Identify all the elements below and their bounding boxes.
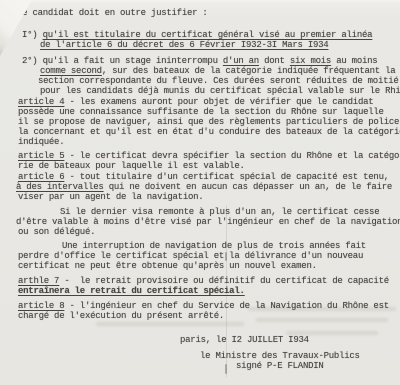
text-segment: le Ministre des Travaux-Publics [200,351,360,361]
text-line: signé P-E FLANDIN [0,361,400,371]
text-line: certificat ne peut être obtenue qu'après… [0,261,400,271]
underlined-text: article 8 [18,301,64,311]
text-line: viser par un agent de la navigation. [0,192,400,202]
text-segment: Si le dernier visa remonte à plus d'un a… [60,207,379,217]
text-segment: Le candidat doit en outre justifier : [17,8,208,18]
text-segment: section correspondante du fleuve. Ces du… [38,76,399,86]
text-line: entraînera le retrait du certificat spéc… [0,286,400,296]
underlined-text: à des intervalles [16,182,104,192]
intro-line: Le candidat doit en outre justifier : [0,8,400,18]
text-line: Une interruption de navigation de plus d… [0,241,400,251]
article-4: article 4 - les examens auront pour obje… [0,97,400,147]
text-segment: ou son délégué. [18,227,95,237]
underlined-text: article 6 [18,172,64,182]
document-body: Le candidat doit en outre justifier :I°)… [0,8,400,371]
text-line: pour les candidats déjà munis du certifi… [0,86,400,96]
article-8: article 8 - l'ingénieur en chef du Servi… [0,301,400,321]
text-line: il se propose de naviguer, ainsi que des… [0,117,400,127]
text-line: paris, le I2 JUILLET I934 [0,335,400,345]
text-line: Si le dernier visa remonte à plus d'un a… [0,207,400,217]
text-segment: 2°) qu'il a fait un stage ininterrompu [22,56,223,66]
text-line: 2°) qu'il a fait un stage ininterrompu d… [0,56,400,66]
underlined-text: six mois [290,56,331,66]
text-segment: - l'ingénieur en chef du Service de la N… [64,301,389,311]
text-segment: - les examens auront pour objet de vérif… [64,97,373,107]
article-7: arthle 7 - le retrait provisoire ou défi… [0,276,400,296]
text-segment: , sur des bateaux de la catégorie indiqu… [102,66,396,76]
text-segment: possède une connaissance suffisante de l… [18,107,384,117]
article-6: article 6 - tout titulaire d'un certific… [0,172,400,202]
underlined-text: qu'il est titulaire du certificat généra… [43,30,373,40]
scanned-document-page: Le candidat doit en outre justifier :I°)… [0,0,400,385]
text-segment: perdre d'office le certificat spécial et… [18,251,363,261]
text-line: article 8 - l'ingénieur en chef du Servi… [0,301,400,311]
underlined-text: arthle 7 [18,276,59,286]
text-segment: signé P-E FLANDIN [236,361,324,371]
underlined-text: article 4 [18,97,64,107]
text-segment: - le retrait provisoire ou définitif du … [59,276,389,286]
text-segment: - tout titulaire d'un certificat spécial… [64,172,389,182]
text-segment: I°) [22,30,43,40]
text-segment: il se propose de naviguer, ainsi que des… [18,117,399,127]
text-segment: paris, le I2 JUILLET I934 [180,335,309,345]
text-line: article 4 - les examens auront pour obje… [0,97,400,107]
text-line: ou son délégué. [0,227,400,237]
text-line: le Ministre des Travaux-Publics [0,351,400,361]
text-segment: rie de bateaux pour laquelle il est vala… [18,161,245,171]
visa-paragraph: Si le dernier visa remonte à plus d'un a… [0,207,400,237]
text-line: de l'article 6 du décret des 6 Février I… [0,40,400,50]
text-line: Le candidat doit en outre justifier : [0,8,400,18]
article-5: article 5 - le certificat devra spécifie… [0,151,400,171]
text-segment: dont [259,56,290,66]
text-segment: qui ne doivent en aucun cas dépasser un … [104,182,392,192]
item-2: 2°) qu'il a fait un stage ininterrompu d… [0,56,400,96]
text-segment: pour les candidats déjà munis du certifi… [40,86,400,96]
text-line: section correspondante du fleuve. Ces du… [0,76,400,86]
underlined-text: article 5 [18,151,64,161]
text-segment: viser par un agent de la navigation. [18,192,203,202]
date-line: paris, le I2 JUILLET I934 [0,335,400,345]
signature-block: le Ministre des Travaux-Publicssigné P-E… [0,351,400,371]
text-segment: la concernant et qu'il est en état d'u c… [18,127,400,137]
text-line: possède une connaissance suffisante de l… [0,107,400,117]
text-line: article 6 - tout titulaire d'un certific… [0,172,400,182]
text-line: d'être valable à moins d'être visé par l… [0,217,400,227]
text-segment: Une interruption de navigation de plus d… [62,241,366,251]
text-line: rie de bateaux pour laquelle il est vala… [0,161,400,171]
underlined-text: comme second [40,66,102,76]
text-line: indiquée. [0,137,400,147]
text-line: chargé de l'exécution du présent arrêté. [0,311,400,321]
text-segment: indiquée. [18,137,64,147]
text-line: à des intervalles qui ne doivent en aucu… [0,182,400,192]
text-segment: chargé de l'exécution du présent arrêté. [18,311,224,321]
text-segment: d'être valable à moins d'être visé par l… [16,217,400,227]
underlined-text: d'un an [223,56,259,66]
underlined-text: de l'article 6 du décret des 6 Février I… [40,40,328,50]
text-line: arthle 7 - le retrait provisoire ou défi… [0,276,400,286]
text-line: la concernant et qu'il est en état d'u c… [0,127,400,137]
scan-top-edge-artifact [0,0,400,3]
item-1: I°) qu'il est titulaire du certificat gé… [0,30,400,50]
text-line: I°) qu'il est titulaire du certificat gé… [0,30,400,40]
interruption-paragraph: Une interruption de navigation de plus d… [0,241,400,271]
text-segment: certificat ne peut être obtenue qu'après… [18,261,317,271]
underlined-text: entraînera le retrait du certificat spéc… [18,286,245,296]
text-segment: - le certificat devra spécifier la secti… [64,151,399,161]
text-line: article 5 - le certificat devra spécifie… [0,151,400,161]
text-segment: au moins [331,56,377,66]
text-line: comme second, sur des bateaux de la caté… [0,66,400,76]
text-line: perdre d'office le certificat spécial et… [0,251,400,261]
